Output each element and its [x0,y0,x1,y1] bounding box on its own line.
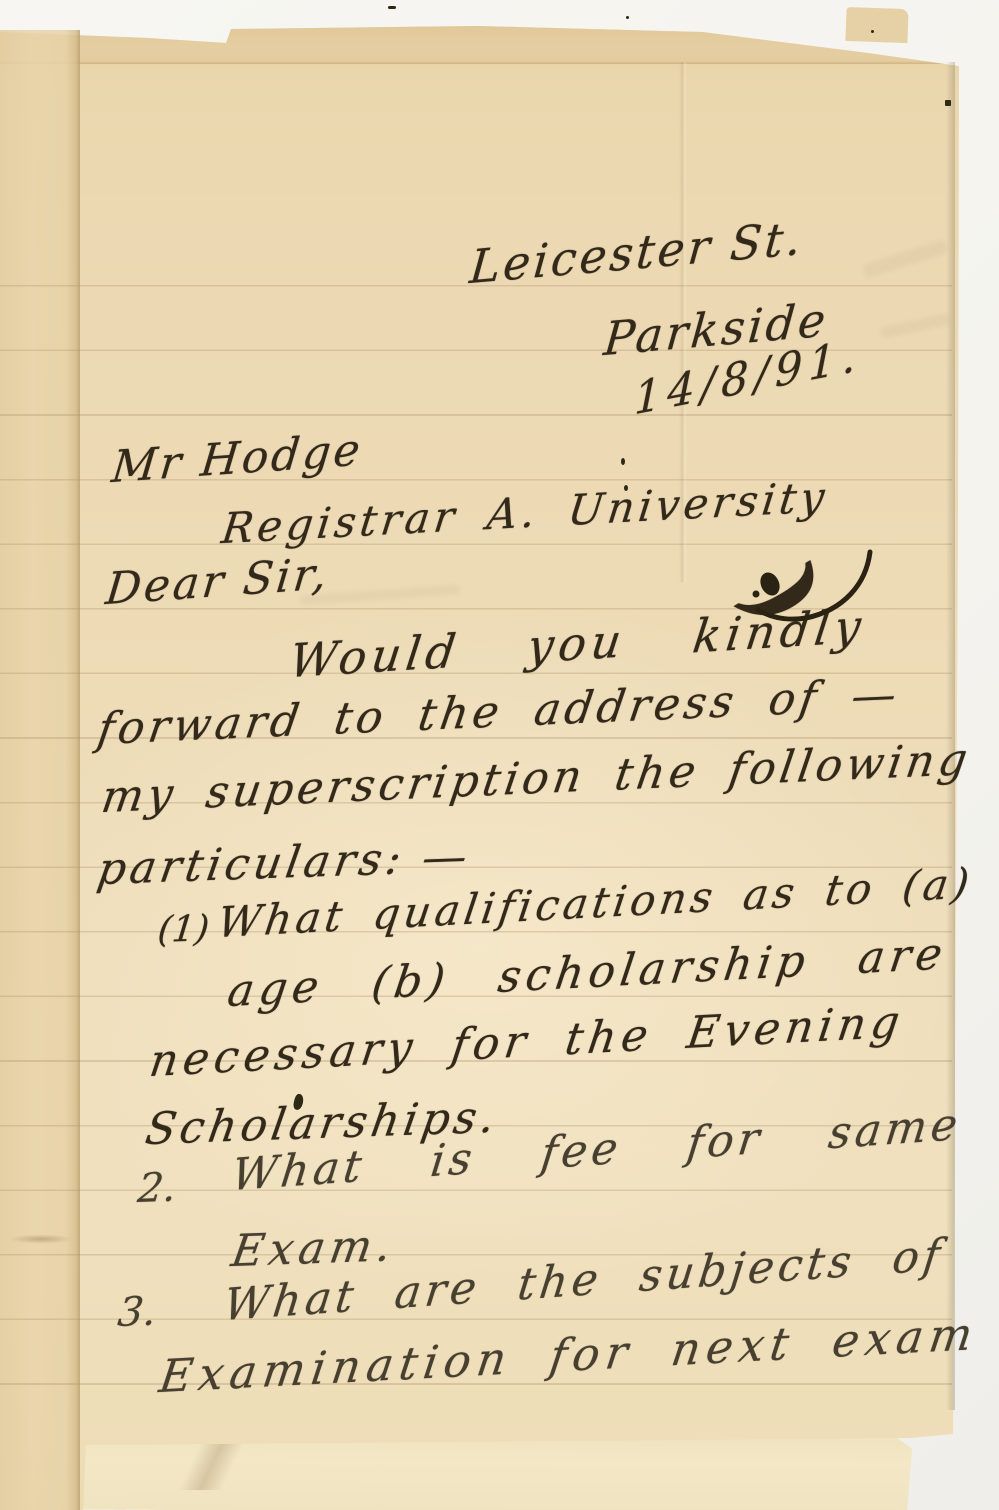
paper-top-fold-band [0,26,960,64]
ink-speck [621,458,625,465]
underlying-sheet-tab [845,7,908,43]
ink-speck [388,6,396,9]
scanned-letter-page: Leicester St. Parkside 14/8/91. Mr Hodge… [0,0,999,1510]
pen-flourish-stroke [748,548,878,634]
list-item-number: (1) [156,908,211,951]
ink-speck [626,16,629,19]
ink-speck [871,30,874,33]
bottom-diagonal-crease [86,1444,336,1490]
ink-speck [945,100,951,106]
flap-horizontal-crease [0,1232,82,1246]
list-item-number: 3. [116,1289,159,1337]
list-item-number: 2. [136,1165,179,1213]
